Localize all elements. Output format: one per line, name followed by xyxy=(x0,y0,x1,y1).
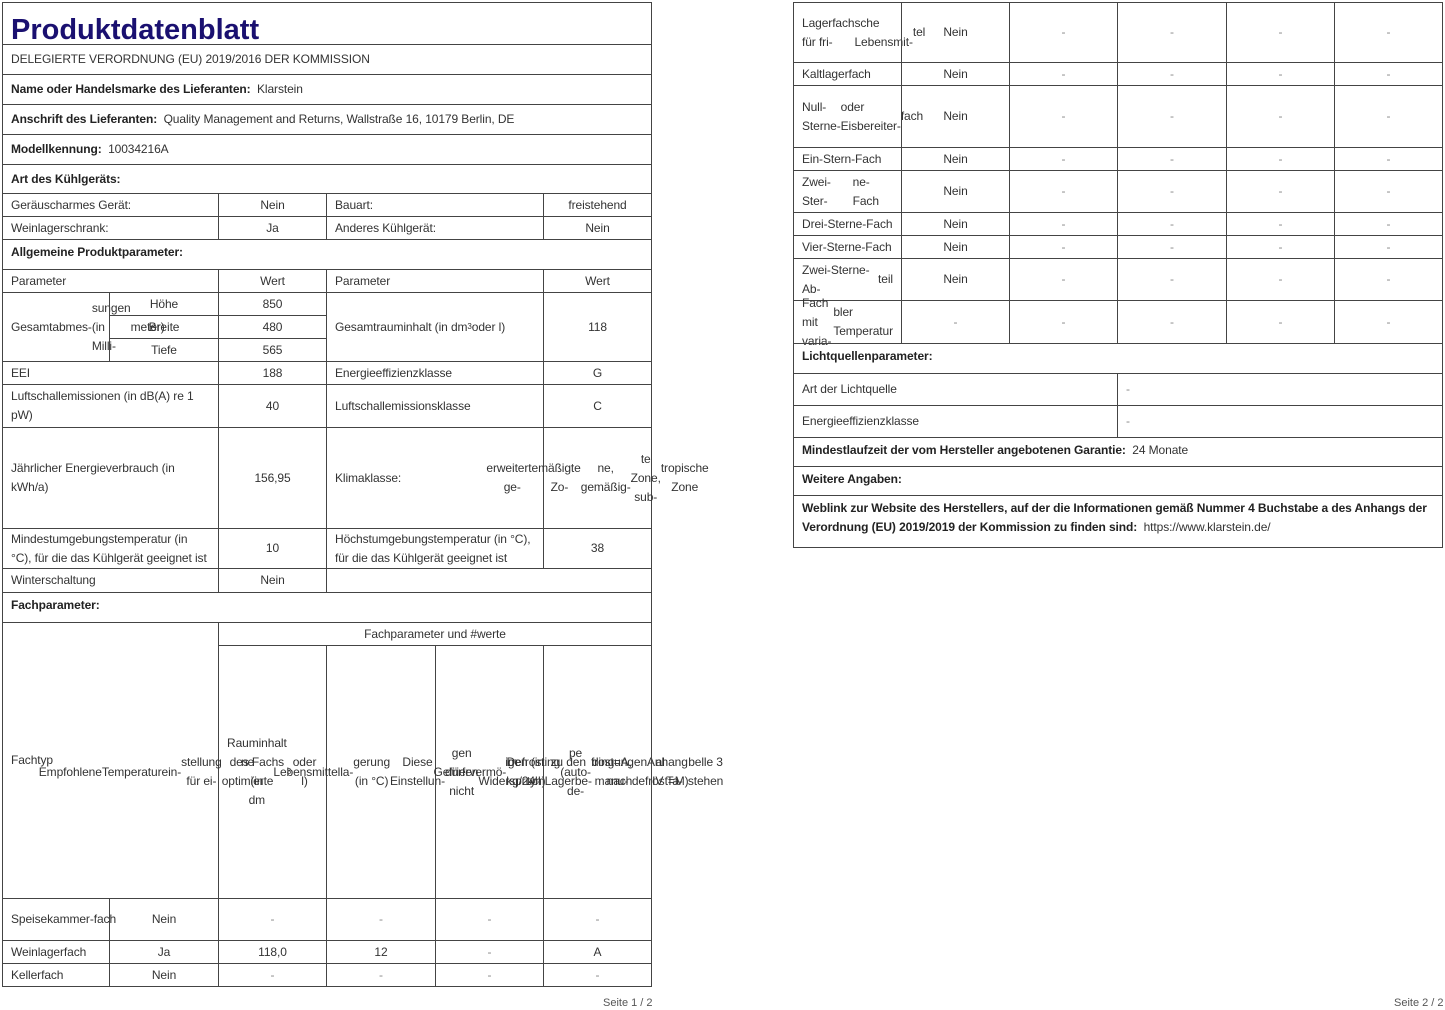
compartment-volume: - xyxy=(1009,147,1118,171)
compartment-type-text: Weinlagerfach xyxy=(11,943,86,962)
compartment-type-text: Drei-Sterne-Fach xyxy=(802,215,892,234)
light-value: - xyxy=(1117,373,1443,406)
general-params-heading-text: Allgemeine Produktparameter: xyxy=(11,243,183,262)
compartment-volume-text: - xyxy=(1062,23,1066,42)
compartment-freeze: - xyxy=(1226,258,1335,301)
compartment-present-text: Nein xyxy=(152,966,176,985)
max-temp-value: 38 xyxy=(543,528,652,569)
noise-value-text: 40 xyxy=(266,397,279,416)
max-temp-value-text: 38 xyxy=(591,539,604,558)
compartment-temp: 12 xyxy=(326,940,436,964)
compartment-freeze-text: - xyxy=(488,910,492,929)
dimension-value: 850 xyxy=(218,292,327,316)
compartment-volume: - xyxy=(1009,258,1118,301)
compartment-present-text: Nein xyxy=(943,270,967,289)
compartment-volume-text: - xyxy=(271,966,275,985)
compartment-present: - xyxy=(901,300,1010,344)
compartment-freeze-text: - xyxy=(1279,107,1283,126)
energy-class-label: Energieeffizienzklasse xyxy=(326,361,544,385)
dimension-label-text: Tiefe xyxy=(151,341,177,360)
compartment-volume: - xyxy=(218,898,327,941)
col-header-temp: EmpfohleneTemperaturein-stellung für ei-… xyxy=(326,645,436,899)
appliance-type-label-text: Geräuscharmes Gerät: xyxy=(11,196,131,215)
max-temp-label: Höchstumgebungstemperatur (in °C), für d… xyxy=(326,528,544,569)
appliance-type-label: Weinlagerschrank: xyxy=(2,216,219,240)
volume-value-text: 118 xyxy=(588,318,607,337)
dimension-value-text: 565 xyxy=(263,341,283,360)
compartment-freeze-text: - xyxy=(488,966,492,985)
compartment-type-text: Ein-Stern-Fach xyxy=(802,150,881,169)
compartment-freeze-text: - xyxy=(1279,238,1283,257)
compartment-volume: - xyxy=(1009,212,1118,236)
compartment-present: Nein xyxy=(901,62,1010,86)
compartment-present: Nein xyxy=(901,212,1010,236)
appliance-type-label-text: Bauart: xyxy=(335,196,373,215)
compartment-type-text: Vier-Sterne-Fach xyxy=(802,238,892,257)
compartment-temp-text: - xyxy=(1170,313,1174,332)
noise-class-label: Luftschallemissionsklasse xyxy=(326,384,544,428)
supplier-name: Name oder Handelsmarke des Lieferanten: … xyxy=(2,74,652,105)
compartment-temp-text: - xyxy=(1170,150,1174,169)
min-temp-value-text: 10 xyxy=(266,539,279,558)
col-header-group: Fachparameter und #werte xyxy=(218,622,652,646)
compartment-defrost-text: - xyxy=(1387,270,1391,289)
compartment-type-text: Kellerfach xyxy=(11,966,63,985)
eei-label: EEI xyxy=(2,361,219,385)
warranty-label: Mindestlaufzeit der vom Hersteller angeb… xyxy=(802,441,1126,460)
col-header-parameter: Parameter xyxy=(326,269,544,293)
dimensions-label: Gesamtabmes-sungen (in Milli-meter) xyxy=(2,292,110,362)
dimension-label: Tiefe xyxy=(109,338,219,362)
compartment-freeze-text: - xyxy=(1279,215,1283,234)
weblink-label: Weblink zur Website des Herstellers, auf… xyxy=(802,501,1427,534)
energy-class-label-text: Energieeffizienzklasse xyxy=(335,364,452,383)
compartment-freeze: - xyxy=(1226,62,1335,86)
page-number-2: Seite 2 / 2 xyxy=(1394,997,1444,1009)
appliance-type-value: Nein xyxy=(218,193,327,217)
compartment-freeze: - xyxy=(1226,2,1335,63)
compartment-freeze: - xyxy=(435,963,544,987)
dimension-value-text: 850 xyxy=(263,295,283,314)
compartment-volume: - xyxy=(1009,170,1118,213)
compartment-type: Fach mit varia-bler Temperatur xyxy=(793,300,902,344)
compartment-volume-text: - xyxy=(1062,238,1066,257)
compartment-temp: - xyxy=(1117,300,1227,344)
dimension-label: Höhe xyxy=(109,292,219,316)
compartment-defrost-text: - xyxy=(1387,150,1391,169)
light-value: - xyxy=(1117,405,1443,438)
noise-class-value-text: C xyxy=(593,397,602,416)
compartment-type: Kaltlagerfach xyxy=(793,62,902,86)
page-number-1: Seite 1 / 2 xyxy=(603,997,653,1009)
compartment-defrost: - xyxy=(543,963,652,987)
light-value-text: - xyxy=(1126,412,1130,431)
weblink-row: Weblink zur Website des Herstellers, auf… xyxy=(793,495,1443,548)
compartment-temp-text: - xyxy=(1170,65,1174,84)
col-header-parameter: Parameter xyxy=(2,269,219,293)
annual-energy-value: 156,95 xyxy=(218,427,327,529)
supplier-address-value: Quality Management and Returns, Wallstra… xyxy=(164,110,515,129)
appliance-type-label-text: Weinlagerschrank: xyxy=(11,219,108,238)
light-label: Energieeffizienzklasse xyxy=(793,405,1118,438)
compartment-defrost: - xyxy=(1334,147,1443,171)
compartment-type: Null-Sterne-oder Eisbereiter-fach xyxy=(793,85,902,148)
compartment-defrost-text: - xyxy=(1387,107,1391,126)
dimension-label-text: Breite xyxy=(149,318,180,337)
light-label-text: Art der Lichtquelle xyxy=(802,380,897,399)
col-header-parameter-text: Parameter xyxy=(335,272,390,291)
compartment-present-text: Nein xyxy=(943,238,967,257)
compartment-temp: - xyxy=(326,963,436,987)
compartment-defrost-text: - xyxy=(596,910,600,929)
col-header-group-text: Fachparameter und #werte xyxy=(364,625,506,644)
winter-value: Nein xyxy=(218,568,327,593)
min-temp-label-text: Mindestumgebungstemperatur (in °C), für … xyxy=(11,530,210,568)
noise-class-label-text: Luftschallemissionsklasse xyxy=(335,397,471,416)
compartment-present-text: Nein xyxy=(943,65,967,84)
compartment-freeze: - xyxy=(1226,170,1335,213)
compartment-volume-text: - xyxy=(1062,107,1066,126)
light-heading: Lichtquellenparameter: xyxy=(793,343,1443,374)
compartment-freeze-text: - xyxy=(1279,182,1283,201)
compartment-volume: - xyxy=(1009,2,1118,63)
min-temp-label: Mindestumgebungstemperatur (in °C), für … xyxy=(2,528,219,569)
compartment-freeze-text: - xyxy=(1279,23,1283,42)
compartment-defrost-text: A xyxy=(594,943,602,962)
compartment-freeze: - xyxy=(1226,212,1335,236)
compartment-defrost: A xyxy=(543,940,652,964)
annual-energy-label-text: Jährlicher Energieverbrauch (in kWh/a) xyxy=(11,459,210,497)
compartment-present: Nein xyxy=(901,235,1010,259)
appliance-type-value-text: Nein xyxy=(260,196,284,215)
winter-value-text: Nein xyxy=(260,571,284,590)
climate-value: erweiterte ge-mäßigte Zo-ne, gemäßig-te … xyxy=(543,427,652,529)
compartment-volume-text: 118,0 xyxy=(258,943,287,962)
compartment-temp: - xyxy=(1117,170,1227,213)
model-id: Modellkennung: 10034216A xyxy=(2,134,652,165)
col-header-parameter-text: Parameter xyxy=(11,272,66,291)
compartment-defrost: - xyxy=(1334,212,1443,236)
general-params-heading: Allgemeine Produktparameter: xyxy=(2,239,652,270)
compartment-defrost: - xyxy=(1334,258,1443,301)
compartment-type: Lagerfach für fri-sche Lebensmit-tel xyxy=(793,2,902,63)
compartment-temp-text: - xyxy=(1170,107,1174,126)
compartment-temp-text: - xyxy=(1170,182,1174,201)
warranty-value: 24 Monate xyxy=(1132,441,1188,460)
compartment-volume: - xyxy=(1009,85,1118,148)
compartment-freeze: - xyxy=(1226,85,1335,148)
compartment-volume-text: - xyxy=(1062,150,1066,169)
compartments-heading-text: Fachparameter: xyxy=(11,596,100,615)
compartment-present-text: Ja xyxy=(158,943,170,962)
compartment-defrost: - xyxy=(1334,300,1443,344)
compartment-defrost: - xyxy=(1334,85,1443,148)
compartment-freeze: - xyxy=(1226,147,1335,171)
compartment-defrost-text: - xyxy=(1387,65,1391,84)
compartment-present-text: Nein xyxy=(943,150,967,169)
dimension-value: 565 xyxy=(218,338,327,362)
energy-class-value: G xyxy=(543,361,652,385)
compartment-freeze-text: - xyxy=(1279,270,1283,289)
compartment-present-text: Nein xyxy=(152,910,176,929)
compartment-freeze: - xyxy=(435,898,544,941)
compartment-type: Ein-Stern-Fach xyxy=(793,147,902,171)
compartment-volume: - xyxy=(1009,300,1118,344)
light-label-text: Energieeffizienzklasse xyxy=(802,412,919,431)
compartment-type: Weinlagerfach xyxy=(2,940,110,964)
light-heading-text: Lichtquellenparameter: xyxy=(802,347,933,366)
compartment-temp-text: - xyxy=(1170,215,1174,234)
compartment-freeze: - xyxy=(1226,300,1335,344)
compartment-present: Nein xyxy=(901,258,1010,301)
compartment-defrost-text: - xyxy=(1387,23,1391,42)
compartment-volume: - xyxy=(1009,62,1118,86)
regulation-title: DELEGIERTE VERORDNUNG (EU) 2019/2016 DER… xyxy=(2,44,652,75)
light-value-text: - xyxy=(1126,380,1130,399)
appliance-type-value: Nein xyxy=(543,216,652,240)
winter-label-text: Winterschaltung xyxy=(11,571,96,590)
compartment-volume-text: - xyxy=(1062,65,1066,84)
compartment-volume-text: - xyxy=(271,910,275,929)
compartment-type-text: Kaltlagerfach xyxy=(802,65,871,84)
appliance-type-label-text: Anderes Kühlgerät: xyxy=(335,219,436,238)
compartment-defrost: - xyxy=(1334,170,1443,213)
appliance-type-heading: Art des Kühlgeräts: xyxy=(2,164,652,194)
appliance-type-value-text: Nein xyxy=(585,219,609,238)
supplier-name-label: Name oder Handelsmarke des Lieferanten: xyxy=(11,80,251,99)
model-id-value: 10034216A xyxy=(108,140,169,159)
compartment-freeze: - xyxy=(1226,235,1335,259)
annual-energy-label: Jährlicher Energieverbrauch (in kWh/a) xyxy=(2,427,219,529)
min-temp-value: 10 xyxy=(218,528,327,569)
compartment-temp: - xyxy=(1117,85,1227,148)
compartment-temp: - xyxy=(1117,2,1227,63)
col-header-value-text: Wert xyxy=(585,272,610,291)
winter-label: Winterschaltung xyxy=(2,568,219,593)
volume-value: 118 xyxy=(543,292,652,362)
further-heading-text: Weitere Angaben: xyxy=(802,470,902,489)
noise-label-text: Luftschallemissionen (in dB(A) re 1 pW) xyxy=(11,387,210,425)
compartment-temp: - xyxy=(1117,62,1227,86)
eei-label-text: EEI xyxy=(11,364,30,383)
compartment-volume-text: - xyxy=(1062,182,1066,201)
compartment-present: Nein xyxy=(901,2,1010,63)
compartment-present-text: Nein xyxy=(943,107,967,126)
col-header-value: Wert xyxy=(543,269,652,293)
compartment-present-text: Nein xyxy=(943,215,967,234)
compartment-present: Nein xyxy=(109,898,219,941)
supplier-address-label: Anschrift des Lieferanten: xyxy=(11,110,157,129)
further-heading: Weitere Angaben: xyxy=(793,466,1443,496)
compartment-temp-text: - xyxy=(379,966,383,985)
compartment-freeze: - xyxy=(435,940,544,964)
appliance-type-value-text: Ja xyxy=(266,219,278,238)
compartment-volume-text: - xyxy=(1062,215,1066,234)
volume-label: Gesamtrauminhalt (in dm3 oder l) xyxy=(326,292,544,362)
empty-cell xyxy=(326,568,652,593)
dimension-label: Breite xyxy=(109,315,219,339)
col-header-value: Wert xyxy=(218,269,327,293)
compartment-volume: - xyxy=(1009,235,1118,259)
warranty: Mindestlaufzeit der vom Hersteller angeb… xyxy=(793,437,1443,467)
compartment-temp-text: - xyxy=(1170,238,1174,257)
appliance-type-value: Ja xyxy=(218,216,327,240)
light-label: Art der Lichtquelle xyxy=(793,373,1118,406)
compartment-volume-text: - xyxy=(1062,313,1066,332)
compartment-defrost: - xyxy=(1334,2,1443,63)
compartment-freeze-text: - xyxy=(1279,65,1283,84)
compartment-temp: - xyxy=(1117,235,1227,259)
noise-label: Luftschallemissionen (in dB(A) re 1 pW) xyxy=(2,384,219,428)
max-temp-label-text: Höchstumgebungstemperatur (in °C), für d… xyxy=(335,530,535,568)
compartment-type: Drei-Sterne-Fach xyxy=(793,212,902,236)
compartment-freeze-text: - xyxy=(1279,150,1283,169)
compartment-temp: - xyxy=(1117,212,1227,236)
appliance-type-value-text: freistehend xyxy=(568,196,626,215)
compartment-temp-text: - xyxy=(1170,23,1174,42)
appliance-type-label: Geräuscharmes Gerät: xyxy=(2,193,219,217)
dimension-value: 480 xyxy=(218,315,327,339)
compartment-volume-text: - xyxy=(1062,270,1066,289)
compartment-defrost: - xyxy=(1334,235,1443,259)
compartment-defrost: - xyxy=(543,898,652,941)
noise-value: 40 xyxy=(218,384,327,428)
noise-class-value: C xyxy=(543,384,652,428)
col-header-defrost: Defrosting ty-pe (auto-de-frost=A, manu-… xyxy=(543,645,652,899)
compartments-heading: Fachparameter: xyxy=(2,592,652,623)
compartment-type: Zwei-Ster-ne-Fach xyxy=(793,170,902,213)
compartment-temp: - xyxy=(326,898,436,941)
compartment-volume: - xyxy=(218,963,327,987)
compartment-freeze-text: - xyxy=(488,943,492,962)
compartment-type: Kellerfach xyxy=(2,963,110,987)
compartment-present: Nein xyxy=(109,963,219,987)
compartment-defrost-text: - xyxy=(596,966,600,985)
eei-value: 188 xyxy=(218,361,327,385)
weblink-url[interactable]: https://www.klarstein.de/ xyxy=(1144,520,1271,534)
col-header-value-text: Wert xyxy=(260,272,285,291)
supplier-name-value: Klarstein xyxy=(257,80,303,99)
appliance-type-label: Anderes Kühlgerät: xyxy=(326,216,544,240)
compartment-temp: - xyxy=(1117,147,1227,171)
compartment-type: Speisekammer-fach xyxy=(2,898,110,941)
compartment-defrost-text: - xyxy=(1387,215,1391,234)
regulation-title-text: DELEGIERTE VERORDNUNG (EU) 2019/2016 DER… xyxy=(11,50,370,69)
compartment-defrost-text: - xyxy=(1387,313,1391,332)
compartment-present: Nein xyxy=(901,85,1010,148)
dimension-value-text: 480 xyxy=(263,318,283,337)
compartment-present: Nein xyxy=(901,147,1010,171)
compartment-temp-text: - xyxy=(1170,270,1174,289)
dimension-label-text: Höhe xyxy=(150,295,178,314)
compartment-defrost-text: - xyxy=(1387,238,1391,257)
compartment-present-text: - xyxy=(954,313,958,332)
annual-energy-value-text: 156,95 xyxy=(254,469,290,488)
compartment-temp-text: 12 xyxy=(374,943,387,962)
compartment-present: Nein xyxy=(901,170,1010,213)
page-title: Produktdatenblatt xyxy=(2,2,652,45)
compartment-temp: - xyxy=(1117,258,1227,301)
compartment-present-text: Nein xyxy=(943,182,967,201)
model-id-label: Modellkennung: xyxy=(11,140,102,159)
supplier-address: Anschrift des Lieferanten: Quality Manag… xyxy=(2,104,652,135)
compartment-present: Ja xyxy=(109,940,219,964)
compartment-volume: 118,0 xyxy=(218,940,327,964)
appliance-type-label: Bauart: xyxy=(326,193,544,217)
eei-value-text: 188 xyxy=(263,364,283,383)
climate-label-text: Klimaklasse: xyxy=(335,469,401,488)
compartment-freeze-text: - xyxy=(1279,313,1283,332)
page-title-text: Produktdatenblatt xyxy=(11,21,259,40)
compartment-defrost: - xyxy=(1334,62,1443,86)
appliance-type-heading-text: Art des Kühlgeräts: xyxy=(11,170,120,189)
compartment-present-text: Nein xyxy=(943,23,967,42)
appliance-type-value: freistehend xyxy=(543,193,652,217)
compartment-type: Vier-Sterne-Fach xyxy=(793,235,902,259)
compartment-defrost-text: - xyxy=(1387,182,1391,201)
energy-class-value-text: G xyxy=(593,364,602,383)
compartment-temp-text: - xyxy=(379,910,383,929)
